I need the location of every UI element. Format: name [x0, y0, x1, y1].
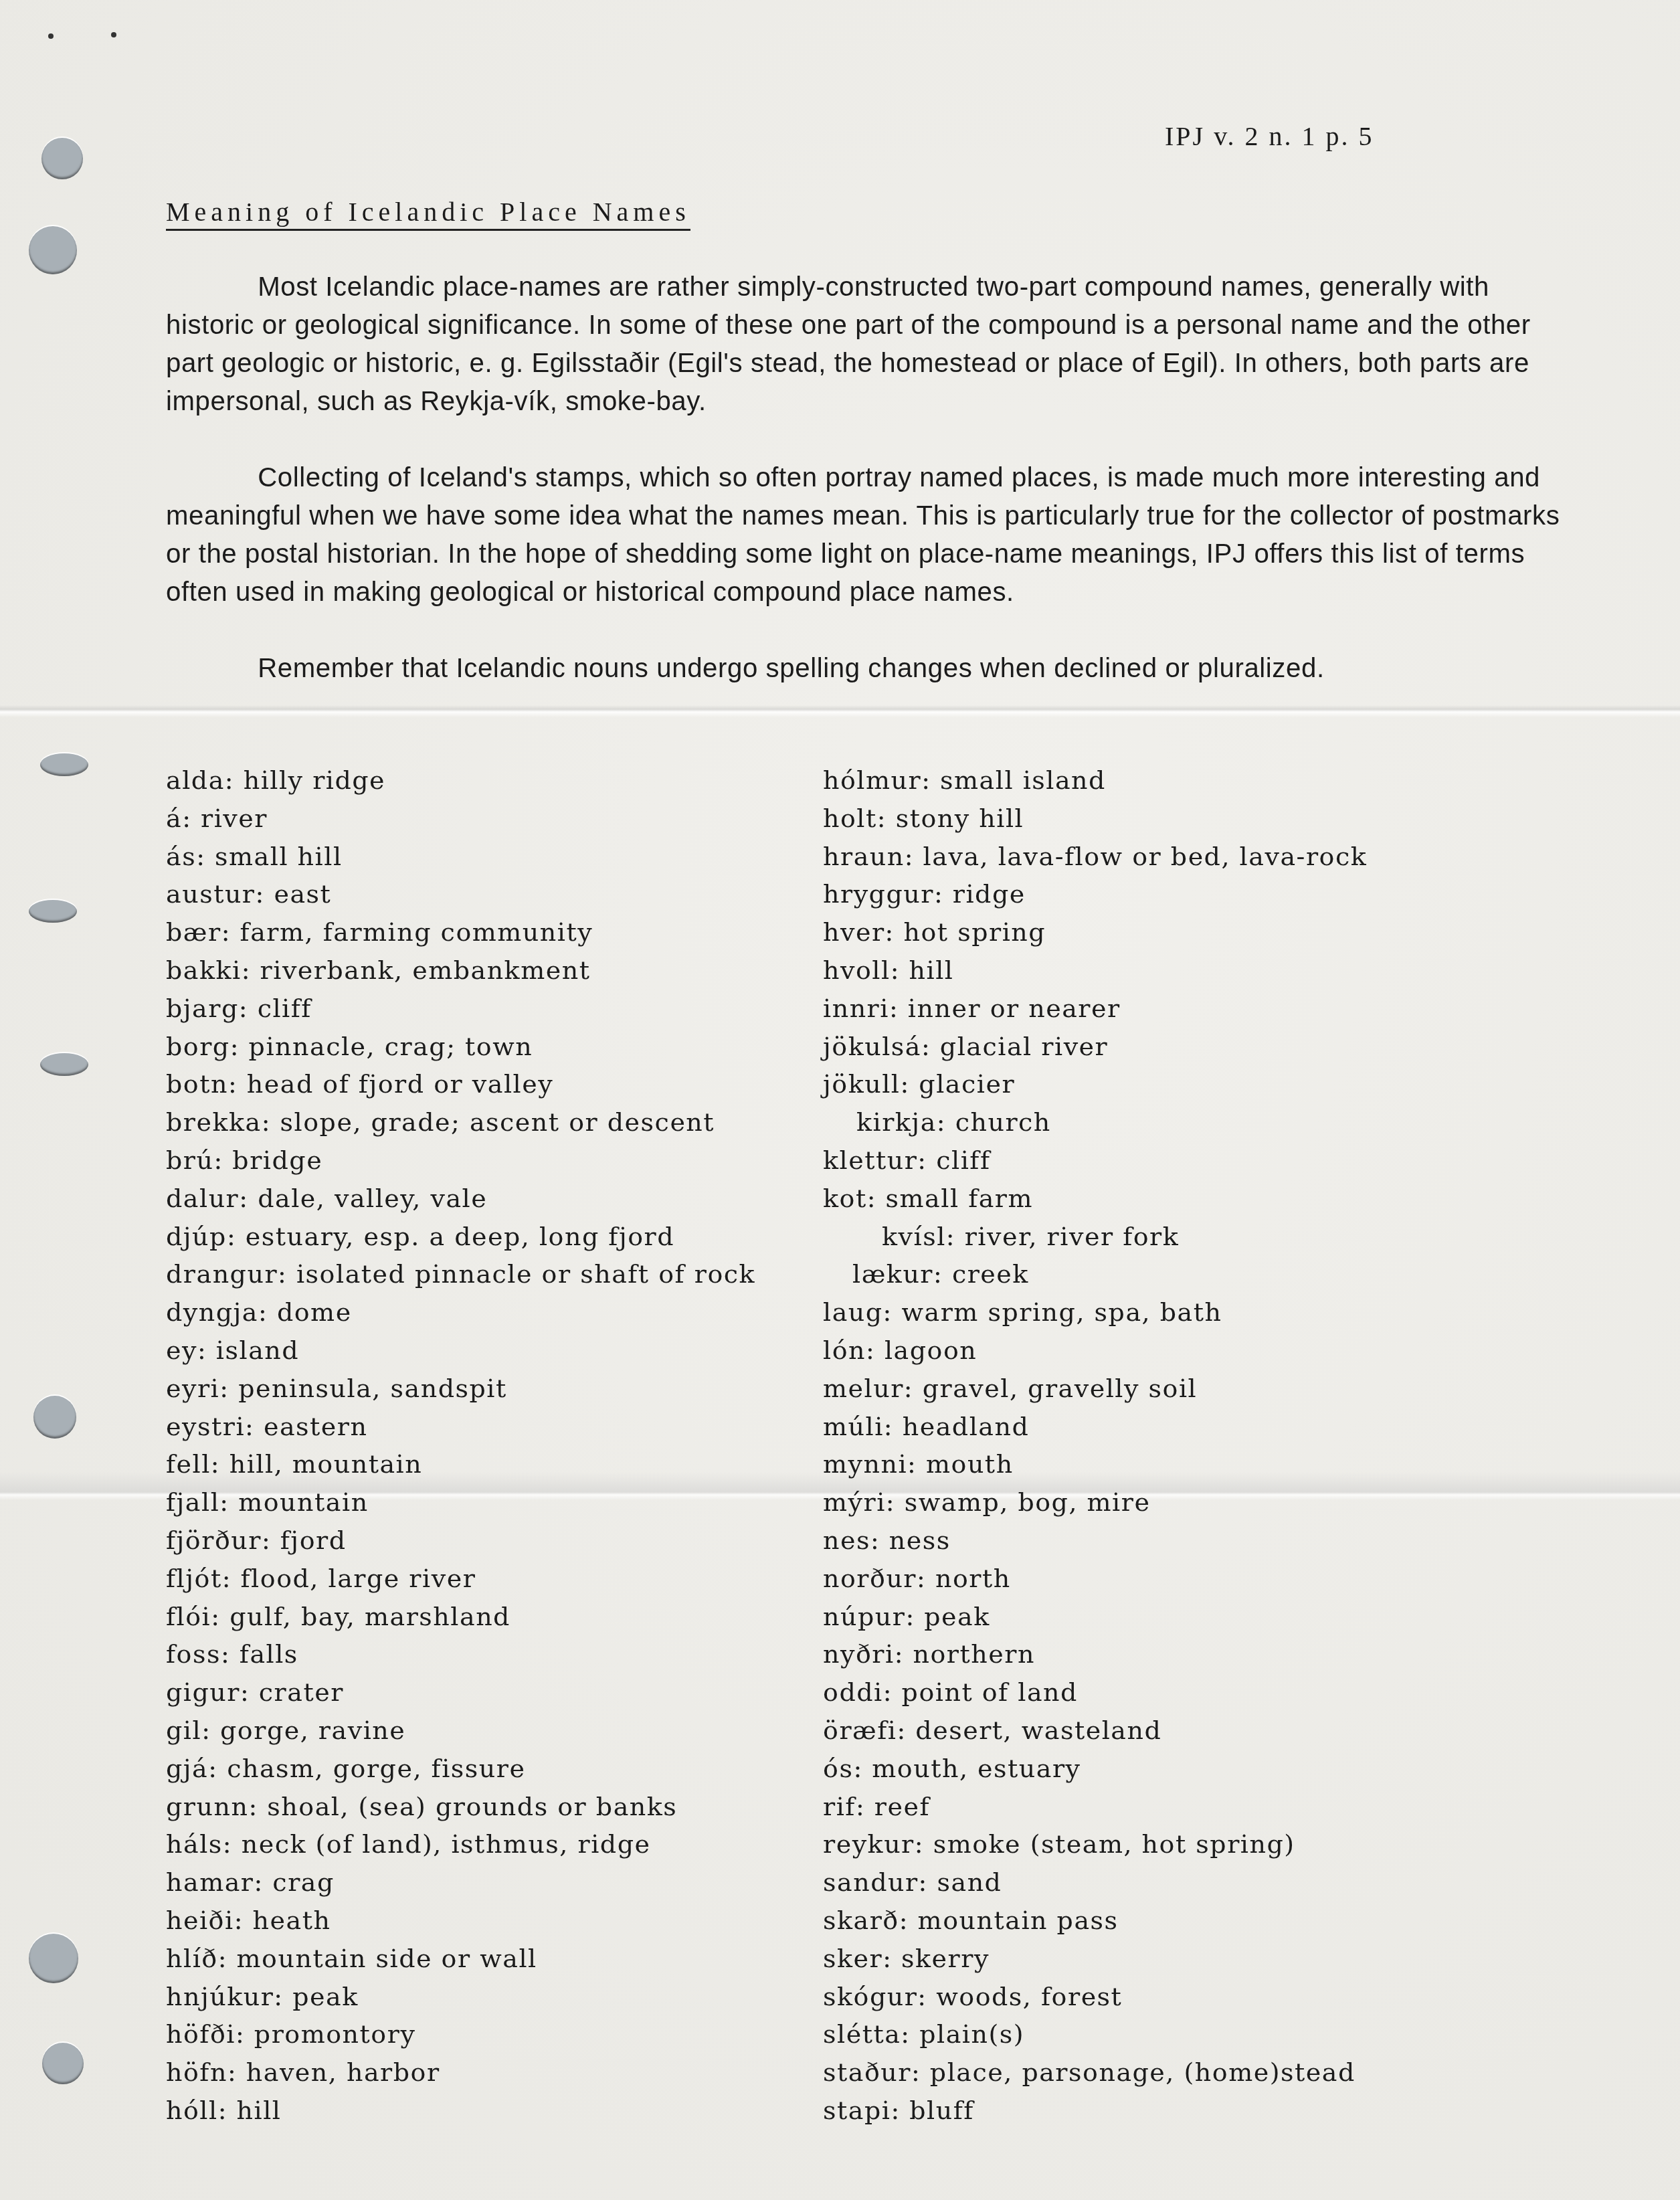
glossary-entry: jökulsá: glacial river [823, 1028, 1367, 1066]
binder-hole [29, 900, 77, 923]
glossary-entry: drangur: isolated pinnacle or shaft of r… [166, 1255, 755, 1293]
glossary-entry: gil: gorge, ravine [166, 1712, 755, 1750]
glossary-entry: hólmur: small island [823, 761, 1367, 800]
glossary-entry: hóll: hill [166, 2092, 755, 2130]
glossary-entry: lón: lagoon [823, 1332, 1367, 1370]
glossary-entry: kirkja: church [823, 1103, 1367, 1141]
glossary-entry: eyri: peninsula, sandspit [166, 1370, 755, 1408]
intro-text: Collecting of Iceland's stamps, which so… [166, 458, 1582, 611]
glossary-entry: höfn: haven, harbor [166, 2053, 755, 2092]
glossary-entry: fjörður: fjord [166, 1522, 755, 1560]
glossary-entry: hamar: crag [166, 1863, 755, 1902]
glossary-entry: hryggur: ridge [823, 875, 1367, 913]
glossary-entry: mynni: mouth [823, 1445, 1367, 1483]
glossary-entry: bjarg: cliff [166, 990, 755, 1028]
glossary-entry: alda: hilly ridge [166, 761, 755, 800]
glossary-entry: núpur: peak [823, 1598, 1367, 1636]
glossary-entry: skarð: mountain pass [823, 1902, 1367, 1940]
binder-hole [33, 1396, 76, 1439]
glossary-entry: brekka: slope, grade; ascent or descent [166, 1103, 755, 1141]
binder-hole [42, 2043, 84, 2084]
glossary-entry: borg: pinnacle, crag; town [166, 1028, 755, 1066]
glossary-entry: ey: island [166, 1332, 755, 1370]
glossary-entry: grunn: shoal, (sea) grounds or banks [166, 1788, 755, 1826]
binder-hole [41, 138, 83, 179]
glossary-entry: hvoll: hill [823, 951, 1367, 990]
glossary-entry: gigur: crater [166, 1673, 755, 1712]
glossary-entry: flói: gulf, bay, marshland [166, 1598, 755, 1636]
glossary-entry: jökull: glacier [823, 1065, 1367, 1103]
glossary-entry: klettur: cliff [823, 1141, 1367, 1180]
glossary-entry: staður: place, parsonage, (home)stead [823, 2053, 1367, 2092]
glossary-entry: háls: neck (of land), isthmus, ridge [166, 1825, 755, 1863]
glossary-entry: foss: falls [166, 1635, 755, 1673]
glossary-entry: hlíð: mountain side or wall [166, 1940, 755, 1978]
glossary-entry: slétta: plain(s) [823, 2015, 1367, 2053]
glossary-entry: dalur: dale, valley, vale [166, 1180, 755, 1218]
glossary-entry: dyngja: dome [166, 1293, 755, 1332]
glossary-entry: öræfi: desert, wasteland [823, 1712, 1367, 1750]
glossary-entry: á: river [166, 800, 755, 838]
glossary-entry: oddi: point of land [823, 1673, 1367, 1712]
intro-text: Most Icelandic place-names are rather si… [166, 268, 1582, 420]
glossary-entry: laug: warm spring, spa, bath [823, 1293, 1367, 1332]
glossary-entry: nes: ness [823, 1522, 1367, 1560]
binder-hole [29, 1934, 78, 1983]
glossary-entry: stapi: bluff [823, 2092, 1367, 2130]
glossary-entry: höfði: promontory [166, 2015, 755, 2053]
glossary-entry: mýri: swamp, bog, mire [823, 1483, 1367, 1522]
glossary-entry: ós: mouth, estuary [823, 1750, 1367, 1788]
glossary-entry: múli: headland [823, 1408, 1367, 1446]
glossary-entry: holt: stony hill [823, 800, 1367, 838]
page-reference: IPJ v. 2 n. 1 p. 5 [1165, 120, 1374, 152]
page-title: Meaning of Icelandic Place Names [166, 197, 690, 231]
glossary-entry: reykur: smoke (steam, hot spring) [823, 1825, 1367, 1863]
glossary-entry: bakki: riverbank, embankment [166, 951, 755, 990]
glossary-entry: melur: gravel, gravelly soil [823, 1370, 1367, 1408]
staple-hole [48, 33, 54, 39]
binder-hole [29, 226, 77, 274]
glossary-entry: bær: farm, farming community [166, 913, 755, 951]
glossary-entry: brú: bridge [166, 1141, 755, 1180]
paragraph: Most Icelandic place-names are rather si… [166, 268, 1582, 420]
glossary-entry: lækur: creek [823, 1255, 1367, 1293]
binder-hole [40, 1053, 88, 1076]
glossary-entry: hnjúkur: peak [166, 1978, 755, 2016]
glossary-entry: fjall: mountain [166, 1483, 755, 1522]
glossary-entry: ás: small hill [166, 838, 755, 876]
glossary-left-column: alda: hilly ridgeá: riverás: small hilla… [166, 761, 755, 2130]
glossary-entry: botn: head of fjord or valley [166, 1065, 755, 1103]
staple-hole [111, 32, 116, 37]
glossary-entry: norður: north [823, 1560, 1367, 1598]
glossary-right-column: hólmur: small islandholt: stony hillhrau… [823, 761, 1367, 2130]
glossary-entry: hver: hot spring [823, 913, 1367, 951]
binder-hole [40, 753, 88, 776]
glossary-entry: kot: small farm [823, 1180, 1367, 1218]
glossary-entry: hraun: lava, lava-flow or bed, lava-rock [823, 838, 1367, 876]
glossary-entry: sker: skerry [823, 1940, 1367, 1978]
glossary-entry: heiði: heath [166, 1902, 755, 1940]
glossary-entry: kvísl: river, river fork [823, 1218, 1367, 1256]
glossary-entry: innri: inner or nearer [823, 990, 1367, 1028]
glossary-entry: eystri: eastern [166, 1408, 755, 1446]
paragraph: Collecting of Iceland's stamps, which so… [166, 458, 1582, 611]
glossary-entry: skógur: woods, forest [823, 1978, 1367, 2016]
glossary-entry: austur: east [166, 875, 755, 913]
glossary-entry: sandur: sand [823, 1863, 1367, 1902]
paragraph: Remember that Icelandic nouns undergo sp… [166, 649, 1582, 687]
glossary-entry: gjá: chasm, gorge, fissure [166, 1750, 755, 1788]
glossary-entry: djúp: estuary, esp. a deep, long fjord [166, 1218, 755, 1256]
glossary-entry: fell: hill, mountain [166, 1445, 755, 1483]
glossary-entry: nyðri: northern [823, 1635, 1367, 1673]
intro-text: Remember that Icelandic nouns undergo sp… [166, 649, 1582, 687]
glossary-entry: fljót: flood, large river [166, 1560, 755, 1598]
glossary-entry: rif: reef [823, 1788, 1367, 1826]
